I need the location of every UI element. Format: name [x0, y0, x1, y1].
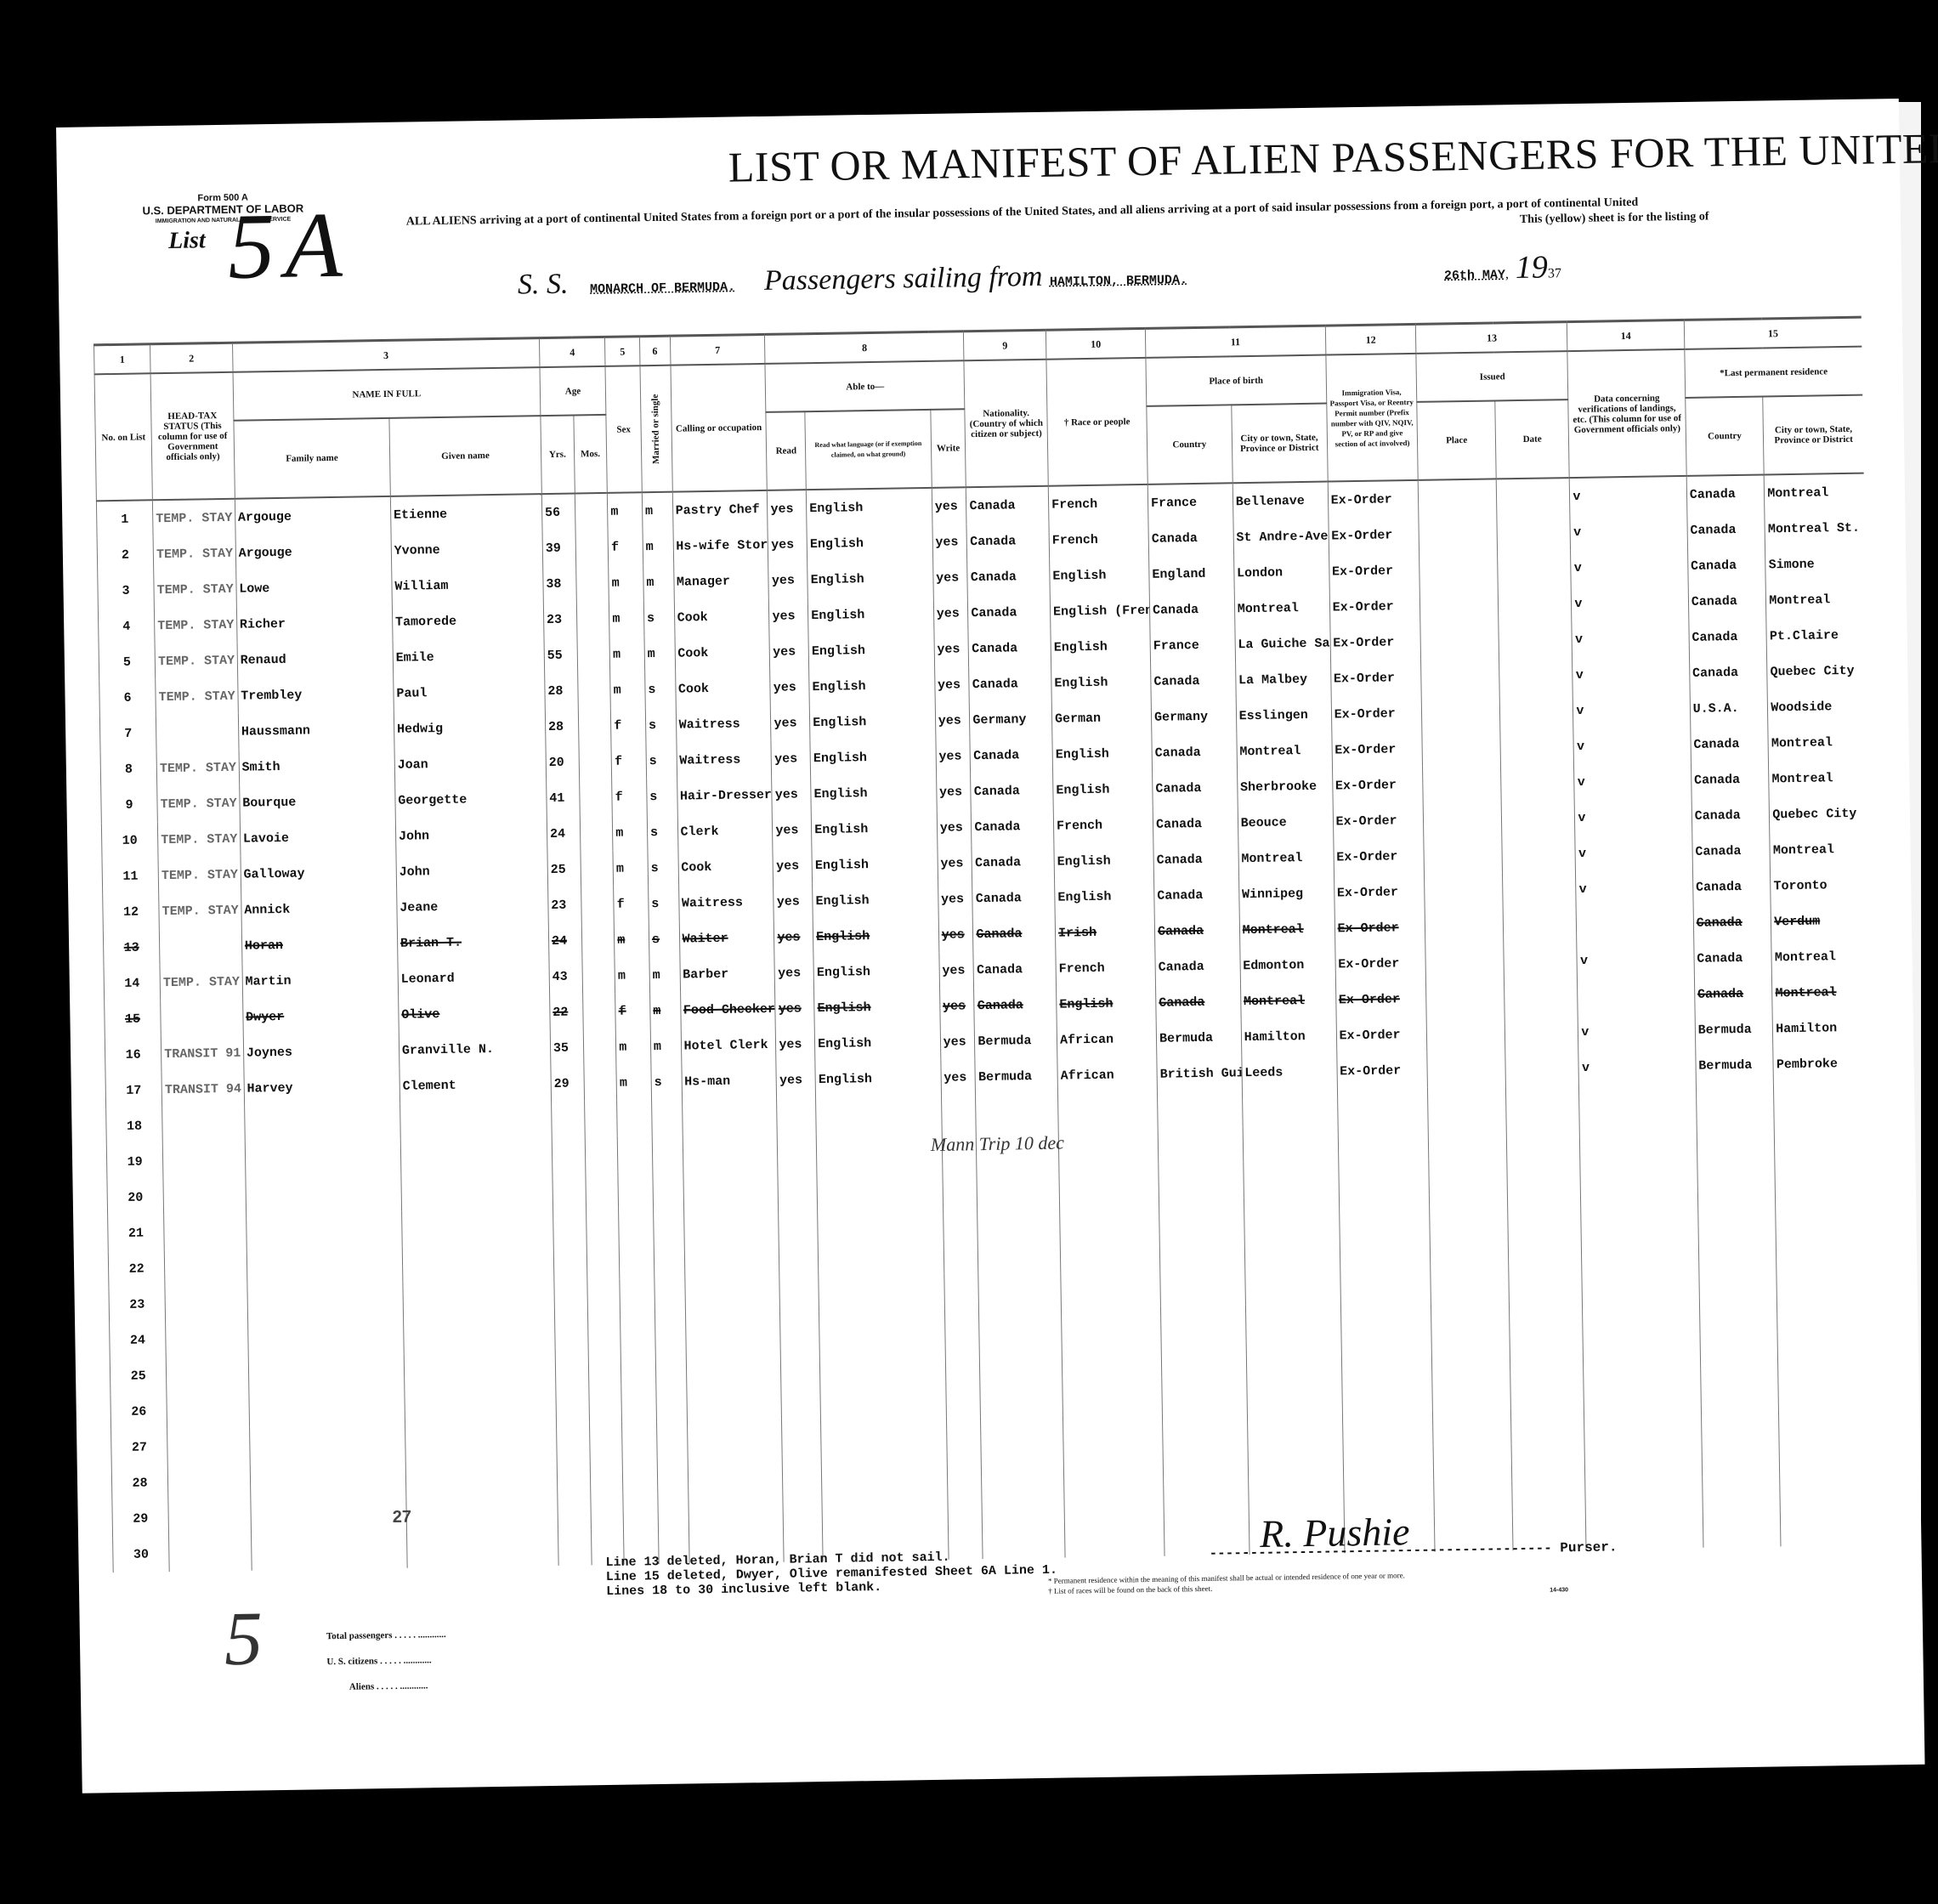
empty-cell [1161, 1340, 1246, 1378]
age-months [581, 851, 614, 887]
empty-cell [1581, 1191, 1698, 1228]
visa-number: Ex-Order [1329, 624, 1420, 661]
issued-date [1500, 764, 1574, 801]
birth-city: Winnipeg [1238, 875, 1334, 912]
empty-cell [783, 1490, 822, 1527]
empty-cell [1340, 1302, 1431, 1340]
empty-cell [617, 1136, 652, 1172]
residence-country: U.S.A. [1690, 689, 1768, 726]
residence-city: Woodside [1767, 688, 1867, 726]
verification-mark: v [1570, 476, 1687, 514]
header-name-in-full: NAME IN FULL [233, 367, 541, 421]
col-num: 10 [1045, 328, 1146, 359]
header-visa: Immigration Visa, Passport Visa, or Reen… [1325, 354, 1418, 482]
empty-cell [557, 1458, 590, 1494]
row-number: 1 [96, 500, 153, 537]
header-place-of-birth: Place of birth [1146, 355, 1326, 406]
birth-city: Montreal [1239, 910, 1335, 948]
age-years: 39 [542, 530, 575, 566]
empty-cell [399, 1102, 552, 1140]
verification-mark: v [1574, 762, 1691, 800]
empty-cell [653, 1207, 683, 1244]
head-tax-status: TEMP. STAY 90 [160, 964, 242, 1001]
row-number: 11 [102, 858, 159, 894]
empty-cell [1247, 1410, 1343, 1448]
empty-cell [1158, 1126, 1243, 1164]
empty-cell [1781, 1509, 1881, 1546]
empty-cell [684, 1277, 780, 1314]
issued-date [1502, 836, 1576, 872]
race: African [1057, 1021, 1157, 1058]
race: English [1051, 628, 1151, 666]
residence-country: Bermuda [1695, 1011, 1773, 1047]
can-read: yes [772, 776, 811, 813]
empty-cell [1582, 1262, 1699, 1300]
empty-cell [1340, 1266, 1431, 1304]
empty-cell [980, 1380, 1062, 1417]
sex: f [611, 707, 646, 744]
empty-cell [1699, 1296, 1777, 1333]
empty-cell [556, 1422, 589, 1459]
age-years: 43 [549, 958, 582, 994]
verification-mark: v [1573, 691, 1691, 728]
visa-number: Ex-Order [1331, 731, 1422, 768]
empty-cell [1774, 1117, 1874, 1154]
year-prefix: 19 [1515, 249, 1548, 286]
marital-status: s [651, 1064, 682, 1101]
verification-mark [1577, 905, 1694, 943]
empty-cell [943, 1166, 977, 1203]
issued-date [1498, 586, 1572, 622]
empty-cell [656, 1421, 687, 1458]
age-years: 24 [548, 922, 581, 959]
empty-cell [619, 1207, 654, 1244]
header-write: Write [931, 409, 966, 488]
empty-cell [1585, 1476, 1703, 1514]
empty-cell [1434, 1479, 1512, 1516]
empty-cell [943, 1202, 977, 1238]
empty-cell [1060, 1199, 1160, 1237]
age-years: 55 [544, 637, 577, 673]
empty-cell [782, 1419, 821, 1455]
col-num: 3 [232, 338, 540, 372]
empty-cell [1509, 1300, 1583, 1336]
given-name: Georgette [395, 780, 547, 819]
verification-mark: v [1571, 548, 1688, 586]
nationality: Canada [966, 486, 1049, 524]
age-months [575, 565, 609, 602]
given-name: John [396, 852, 548, 890]
passenger-rows: 1TEMP. STAY 4779ArgougeEtienne56mmPastry… [96, 473, 1880, 1573]
empty-cell [816, 1096, 942, 1133]
issued-place [1427, 1015, 1505, 1051]
row-number: 3 [98, 572, 155, 609]
empty-cell [1700, 1332, 1778, 1368]
col-num: 12 [1325, 324, 1416, 354]
issued-place [1422, 729, 1500, 766]
issued-place [1422, 694, 1500, 730]
issued-place [1420, 622, 1499, 659]
row-number: 13 [103, 929, 160, 966]
col-num: 2 [150, 343, 233, 373]
empty-cell [1779, 1402, 1879, 1440]
empty-cell [1432, 1372, 1510, 1408]
empty-cell [978, 1237, 1061, 1274]
nationality: Bermuda [975, 1058, 1057, 1096]
can-write: yes [938, 881, 972, 917]
occupation: Waitress [678, 884, 774, 921]
head-tax-status [161, 1000, 243, 1037]
issued-date [1503, 907, 1577, 943]
given-name: Paul [394, 673, 546, 711]
birth-country: England [1149, 555, 1234, 592]
empty-cell [1164, 1483, 1249, 1521]
nationality: Canada [969, 666, 1051, 703]
nationality: Canada [974, 987, 1057, 1024]
age-years: 22 [549, 994, 582, 1030]
empty-cell [1248, 1446, 1344, 1483]
empty-cell [246, 1247, 403, 1285]
residence-country: Canada [1691, 725, 1769, 762]
visa-number: Ex-Order [1336, 1052, 1427, 1090]
row-number: 2 [97, 536, 154, 573]
occupation: Clerk [677, 813, 773, 850]
header-able-to: Able to— [765, 360, 965, 412]
can-write: yes [932, 487, 966, 524]
nationality: Canada [973, 951, 1056, 989]
visa-number: Ex-Order [1329, 517, 1419, 554]
residence-country: Canada [1691, 761, 1769, 797]
empty-cell [552, 1208, 586, 1244]
empty-cell [1064, 1521, 1164, 1558]
sex: m [608, 492, 643, 530]
page-title: LIST OR MANIFEST OF ALIEN PASSENGERS FOR… [728, 123, 1938, 192]
occupation: Cook [674, 634, 770, 671]
birth-country: Canada [1149, 591, 1234, 628]
row-number: 29 [112, 1500, 169, 1537]
empty-cell [941, 1095, 976, 1131]
sex: m [609, 600, 644, 637]
empty-cell [585, 1172, 618, 1209]
race: French [1048, 484, 1148, 523]
occupation: Hs-wife Store [672, 527, 768, 564]
age-years: 35 [550, 1029, 583, 1066]
can-read: yes [769, 598, 808, 634]
visa-number: Ex-Order [1328, 480, 1419, 518]
occupation: Waiter [679, 920, 775, 957]
empty-cell [1158, 1091, 1243, 1128]
visa-number: Ex-Order [1335, 981, 1426, 1018]
empty-cell [1338, 1124, 1429, 1161]
empty-cell [1433, 1408, 1511, 1444]
sex: m [609, 636, 644, 672]
nationality: Canada [968, 594, 1051, 632]
empty-cell [820, 1381, 946, 1419]
empty-cell [164, 1214, 246, 1251]
empty-cell [554, 1279, 587, 1316]
empty-cell [978, 1272, 1061, 1310]
verification-mark: v [1577, 941, 1694, 978]
visa-number: Ex-Order [1333, 802, 1424, 840]
sailing-label: Passengers sailing from [764, 261, 1043, 297]
occupation: Cook [674, 598, 770, 636]
empty-cell [162, 1107, 245, 1144]
empty-cell [165, 1285, 247, 1323]
birth-city: London [1233, 554, 1329, 592]
empty-cell [1702, 1475, 1780, 1511]
can-write: yes [938, 845, 972, 881]
form-code: 14-430 [1550, 1587, 1568, 1593]
empty-cell [623, 1493, 658, 1529]
residence-city: Pembroke [1773, 1045, 1873, 1083]
sailing-day-month: 26th MAY [1444, 268, 1505, 283]
row-number: 18 [106, 1108, 163, 1144]
empty-cell [249, 1390, 405, 1428]
verification-mark: v [1575, 834, 1692, 871]
age-years: 24 [547, 815, 580, 852]
read-language: English [809, 667, 935, 705]
family-name: Joynes [243, 1033, 399, 1071]
col-num: 4 [539, 337, 605, 367]
can-write: yes [941, 1059, 976, 1096]
empty-cell [1703, 1510, 1781, 1547]
birth-city: Sherbrooke [1237, 768, 1333, 806]
read-language: English [812, 846, 938, 883]
head-tax-status: TEMP. STAY [153, 535, 235, 573]
row-number: 16 [105, 1036, 161, 1073]
can-read: yes [775, 990, 814, 1027]
header-issued-place: Place [1417, 400, 1496, 479]
residence-city: Montreal [1768, 724, 1868, 762]
residence-country: Canada [1689, 654, 1767, 690]
residence-country: Canada [1692, 868, 1771, 904]
family-name: Haussmann [238, 711, 394, 750]
nationality: Canada [972, 880, 1055, 917]
empty-cell [1430, 1193, 1508, 1230]
sex: m [615, 957, 649, 994]
empty-cell [1584, 1441, 1702, 1478]
empty-cell [551, 1101, 584, 1137]
empty-cell [982, 1487, 1064, 1524]
empty-cell [1243, 1160, 1339, 1198]
empty-cell [246, 1211, 402, 1249]
verification-mark [1578, 977, 1695, 1014]
manifest-sheet: Form 500 A U.S. DEPARTMENT OF LABOR IMMI… [56, 99, 1925, 1793]
empty-cell [819, 1310, 945, 1347]
birth-city: Hamilton [1241, 1017, 1337, 1055]
issued-date [1499, 621, 1572, 658]
issued-date [1499, 657, 1572, 694]
empty-cell [246, 1176, 402, 1214]
birth-country: Canada [1152, 734, 1237, 771]
residence-city: Quebec City [1767, 653, 1867, 690]
head-tax-status: TRANSIT 91 [161, 1035, 243, 1073]
header-age: Age [540, 366, 606, 416]
given-name: Hedwig [394, 709, 546, 747]
read-language: English [811, 810, 937, 847]
empty-cell [943, 1238, 978, 1274]
header-no-on-list: No. on List [94, 373, 152, 501]
issued-date [1499, 693, 1573, 729]
birth-country: France [1150, 626, 1235, 664]
family-name: Horan [241, 926, 398, 964]
issued-date [1497, 514, 1571, 551]
residence-city: Montreal St. [1765, 510, 1865, 547]
age-years: 38 [543, 565, 576, 602]
marital-status: m [643, 529, 673, 565]
aliens-label: Aliens [349, 1681, 375, 1691]
empty-cell [1778, 1367, 1878, 1404]
read-language: English [807, 524, 932, 562]
empty-cell [169, 1535, 252, 1572]
birth-city: Montreal [1234, 590, 1330, 627]
race: Irish [1055, 914, 1155, 951]
birth-city: Montreal [1240, 982, 1336, 1019]
empty-cell [1064, 1485, 1164, 1522]
header-sex: Sex [605, 365, 642, 493]
empty-cell [406, 1530, 558, 1568]
empty-cell [1159, 1233, 1244, 1271]
row-number: 17 [105, 1072, 162, 1108]
occupation: Hs-man [681, 1062, 777, 1100]
empty-cell [620, 1278, 654, 1315]
issued-place [1425, 943, 1504, 980]
birth-country: Canada [1153, 769, 1238, 807]
empty-cell [620, 1314, 655, 1351]
empty-cell [654, 1278, 685, 1315]
residence-country: Canada [1689, 618, 1767, 654]
sex: m [610, 671, 645, 708]
empty-cell [622, 1457, 657, 1493]
nationality: Canada [970, 737, 1052, 774]
empty-cell [977, 1165, 1059, 1203]
empty-cell [821, 1453, 947, 1490]
list-label: List [168, 227, 206, 255]
age-years: 23 [548, 887, 581, 923]
issued-place [1419, 479, 1497, 516]
header-issued: Issued [1416, 351, 1568, 402]
given-name: Etienne [390, 494, 542, 533]
col-num: 7 [670, 334, 765, 365]
verification-mark: v [1572, 620, 1689, 657]
marital-status: m [649, 957, 680, 994]
empty-cell [1062, 1342, 1162, 1380]
marital-status: s [645, 707, 676, 744]
empty-cell [1580, 1119, 1697, 1157]
can-read: yes [768, 562, 807, 598]
marital-status: s [647, 814, 677, 851]
empty-cell [1061, 1271, 1161, 1308]
empty-cell [1062, 1414, 1163, 1451]
empty-cell [1776, 1260, 1877, 1297]
empty-cell [1159, 1162, 1244, 1199]
birth-city: Beouce [1238, 804, 1334, 841]
birth-country: Canada [1153, 805, 1238, 842]
empty-cell [658, 1493, 688, 1529]
header-res-city: City or town, State, Province or Distric… [1763, 395, 1864, 475]
verification-mark: v [1578, 1048, 1696, 1085]
residence-city: Toronto [1771, 867, 1871, 904]
empty-cell [979, 1308, 1062, 1346]
empty-cell [686, 1348, 782, 1385]
empty-cell [684, 1241, 780, 1278]
empty-cell [590, 1493, 623, 1530]
can-read: yes [770, 669, 809, 705]
empty-cell [1244, 1232, 1340, 1269]
given-name: John [395, 816, 547, 854]
empty-cell [817, 1167, 943, 1204]
age-months [579, 744, 612, 780]
residence-country: Canada [1693, 904, 1771, 940]
row-number: 25 [110, 1357, 167, 1394]
empty-cell [819, 1274, 944, 1312]
issued-date [1502, 871, 1576, 908]
empty-cell [588, 1351, 621, 1387]
birth-city: Leeds [1242, 1053, 1338, 1091]
row-number: 22 [108, 1250, 165, 1287]
voyage-line: S. S. MONARCH OF BERMUDA. Passengers sai… [518, 258, 1187, 301]
empty-cell [947, 1487, 982, 1524]
passenger-table: 1 2 3 4 5 6 7 8 9 10 11 12 13 14 15 No. … [93, 316, 1880, 1572]
age-years: 28 [545, 708, 578, 745]
family-name: Trembley [237, 676, 394, 714]
age-months [581, 922, 615, 959]
empty-cell [818, 1238, 943, 1276]
issued-date [1504, 943, 1578, 979]
header-family-name: Family name [234, 418, 391, 499]
header-calling: Calling or occupation [670, 364, 767, 492]
head-tax-status: TEMP. STAY 78 [157, 785, 240, 823]
issued-place [1424, 801, 1502, 837]
birth-city: Edmonton [1240, 946, 1336, 983]
read-language: English [811, 774, 937, 812]
empty-cell [977, 1201, 1060, 1238]
occupation: Hotel Clerk [681, 1027, 777, 1064]
row-number: 28 [111, 1465, 168, 1501]
empty-cell [167, 1464, 250, 1501]
can-write: yes [932, 559, 967, 596]
issued-place [1419, 515, 1497, 552]
total-passengers-label: Total passengers [326, 1630, 393, 1641]
empty-cell [247, 1318, 404, 1357]
visa-number: Ex-Order [1329, 552, 1419, 590]
empty-cell [1509, 1264, 1583, 1300]
empty-cell [1245, 1303, 1341, 1340]
empty-cell [1696, 1082, 1774, 1119]
empty-cell [554, 1315, 587, 1351]
occupation: Cook [677, 848, 773, 886]
empty-cell [620, 1350, 655, 1386]
empty-cell [981, 1451, 1063, 1488]
visa-number: Ex-Order [1336, 1017, 1427, 1054]
birth-country: Canada [1148, 519, 1233, 557]
empty-cell [781, 1347, 820, 1384]
row-number: 27 [111, 1429, 168, 1465]
empty-cell [404, 1351, 556, 1390]
age-months [583, 1065, 616, 1102]
family-name: Galloway [241, 854, 397, 892]
header-birth-city: City or town, State, Province or Distric… [1231, 404, 1327, 484]
empty-cell [777, 1097, 816, 1134]
empty-cell [816, 1131, 942, 1169]
birth-country: British Guiana [1157, 1055, 1242, 1092]
can-write: yes [936, 738, 971, 774]
empty-cell [584, 1101, 617, 1137]
visa-number: Ex-Order [1333, 838, 1424, 875]
family-name: Dwyer [242, 997, 399, 1035]
header-head-tax: HEAD-TAX STATUS (This column for use of … [150, 372, 235, 500]
row-number: 20 [107, 1179, 164, 1215]
